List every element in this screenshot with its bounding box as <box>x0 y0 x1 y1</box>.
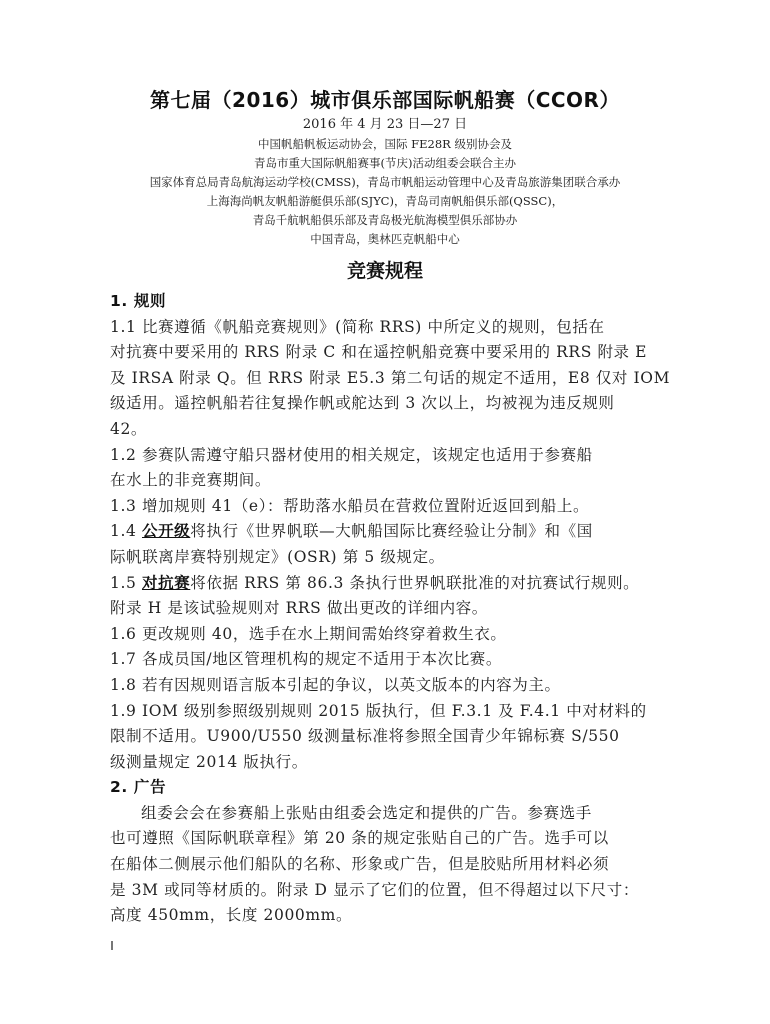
organizer-line-1: 中国帆船帆板运动协会，国际 FE28R 级别协会及 <box>0 136 770 152</box>
rule-line: 1.6 更改规则 40，选手在水上期间需始终穿着救生衣。 <box>110 622 670 648</box>
document-title: 第七届（2016）城市俱乐部国际帆船赛（CCOR） <box>0 84 770 113</box>
rule-line: 1.1 比赛遵循《帆船竞赛规则》(简称 RRS) 中所定义的规则，包括在 <box>110 315 670 341</box>
advertising-line: 高度 450mm，长度 2000mm。 <box>110 903 670 929</box>
venue-line: 中国青岛，奥林匹克帆船中心 <box>0 231 770 247</box>
advertising-line: 也可遵照《国际帆联章程》第 20 条的规定张贴自己的广告。选手可以 <box>110 826 670 852</box>
organizer-line-2: 青岛市重大国际帆船赛事(节庆)活动组委会联合主办 <box>0 155 770 171</box>
event-dates: 2016 年 4 月 23 日—27 日 <box>0 117 770 133</box>
rule-line: 1.3 增加规则 41（e）：帮助落水船员在营救位置附近返回到船上。 <box>110 494 670 520</box>
document-body: 1. 规则 1.1 比赛遵循《帆船竞赛规则》(简称 RRS) 中所定义的规则，包… <box>110 289 670 929</box>
rule-number: 1.5 <box>110 574 142 592</box>
section-heading-advertising: 2. 广告 <box>110 775 670 801</box>
rule-line: 际帆联离岸赛特别规定》(OSR) 第 5 级规定。 <box>110 545 670 571</box>
rule-number: 1.4 <box>110 522 142 540</box>
section-heading-rules: 1. 规则 <box>110 289 670 315</box>
rule-text: 将执行《世界帆联—大帆船国际比赛经验让分制》和《国 <box>190 522 593 540</box>
section-title: 竞赛规程 <box>0 256 770 283</box>
open-class-emphasis: 公开级 <box>142 522 190 540</box>
co-organizer-line-1: 上海海尚帆友帆船游艇俱乐部(SJYC)，青岛司南帆船俱乐部(QSSC)， <box>0 193 770 209</box>
rule-line: 1.9 IOM 级别参照级别规则 2015 版执行，但 F.3.1 及 F.4.… <box>110 699 670 725</box>
co-organizer-line-2: 青岛千航帆船俱乐部及青岛极光航海模型俱乐部协办 <box>0 212 770 228</box>
match-race-emphasis: 对抗赛 <box>142 574 190 592</box>
rule-line: 对抗赛中要采用的 RRS 附录 C 和在遥控帆船竞赛中要采用的 RRS 附录 E <box>110 340 670 366</box>
rule-1-4: 1.4 公开级将执行《世界帆联—大帆船国际比赛经验让分制》和《国 <box>110 519 670 545</box>
page-number-mark <box>111 941 113 950</box>
host-line: 国家体育总局青岛航海运动学校(CMSS)，青岛市帆船运动管理中心及青岛旅游集团联… <box>0 174 770 190</box>
rule-1-5: 1.5 对抗赛将依据 RRS 第 86.3 条执行世界帆联批准的对抗赛试行规则。 <box>110 571 670 597</box>
rule-line: 附录 H 是该试验规则对 RRS 做出更改的详细内容。 <box>110 596 670 622</box>
rule-line: 级测量规定 2014 版执行。 <box>110 750 670 776</box>
advertising-line: 在船体二侧展示他们船队的名称、形象或广告，但是胶贴所用材料必须 <box>110 852 670 878</box>
rule-line: 及 IRSA 附录 Q。但 RRS 附录 E5.3 第二句话的规定不适用，E8 … <box>110 366 670 392</box>
advertising-line: 组委会会在参赛船上张贴由组委会选定和提供的广告。参赛选手 <box>110 801 670 827</box>
rule-line: 1.2 参赛队需遵守船只器材使用的相关规定，该规定也适用于参赛船 <box>110 443 670 469</box>
rule-line: 级适用。遥控帆船若往复操作帆或舵达到 3 次以上，均被视为违反规则 <box>110 391 670 417</box>
rule-text: 将依据 RRS 第 86.3 条执行世界帆联批准的对抗赛试行规则。 <box>190 574 639 592</box>
advertising-line: 是 3M 或同等材质的。附录 D 显示了它们的位置，但不得超过以下尺寸： <box>110 878 670 904</box>
document-page: 第七届（2016）城市俱乐部国际帆船赛（CCOR） 2016 年 4 月 23 … <box>0 0 770 1024</box>
rule-line: 限制不适用。U900/U550 级测量标准将参照全国青少年锦标赛 S/550 <box>110 724 670 750</box>
rule-line: 42。 <box>110 417 670 443</box>
rule-line: 1.7 各成员国/地区管理机构的规定不适用于本次比赛。 <box>110 647 670 673</box>
rule-line: 1.8 若有因规则语言版本引起的争议，以英文版本的内容为主。 <box>110 673 670 699</box>
rule-line: 在水上的非竞赛期间。 <box>110 468 670 494</box>
